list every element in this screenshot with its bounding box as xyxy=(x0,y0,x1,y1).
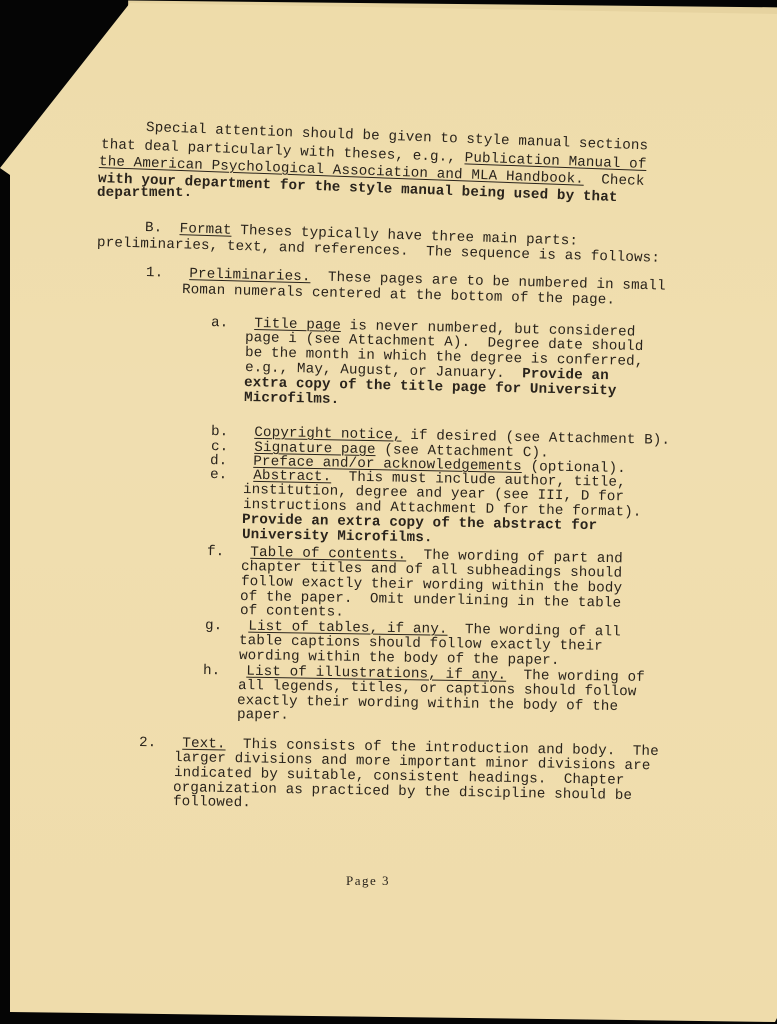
text: Microfilms. xyxy=(244,390,340,408)
intro-line-5: department. xyxy=(97,186,192,201)
text: department. xyxy=(97,185,192,201)
item-letter: f. xyxy=(207,544,225,560)
document-text: Special attention should be given to sty… xyxy=(0,0,777,1024)
item-h-line-4: paper. xyxy=(237,708,289,724)
item-letter: g. xyxy=(205,618,223,634)
item-number: 2. xyxy=(139,735,157,751)
text: followed. xyxy=(173,794,251,811)
item-2-line-5: followed. xyxy=(173,795,251,811)
item-letter: e. xyxy=(210,467,228,483)
item-letter: b. xyxy=(211,424,229,440)
item-number: 1. xyxy=(146,265,164,281)
page-number: Page 3 xyxy=(346,873,390,888)
text: paper. xyxy=(237,707,289,724)
text: University Microfilms. xyxy=(242,527,433,546)
item-letter: a. xyxy=(211,315,229,331)
section-heading: Format xyxy=(179,221,231,239)
item-letter: h. xyxy=(203,663,221,679)
item-a-line-6: Microfilms. xyxy=(244,391,340,408)
text: Check xyxy=(601,172,645,190)
section-label: B. xyxy=(145,220,163,237)
item-e-line-5: University Microfilms. xyxy=(242,528,433,546)
item-h-line-3: exactly their wording within the body of… xyxy=(237,694,618,715)
